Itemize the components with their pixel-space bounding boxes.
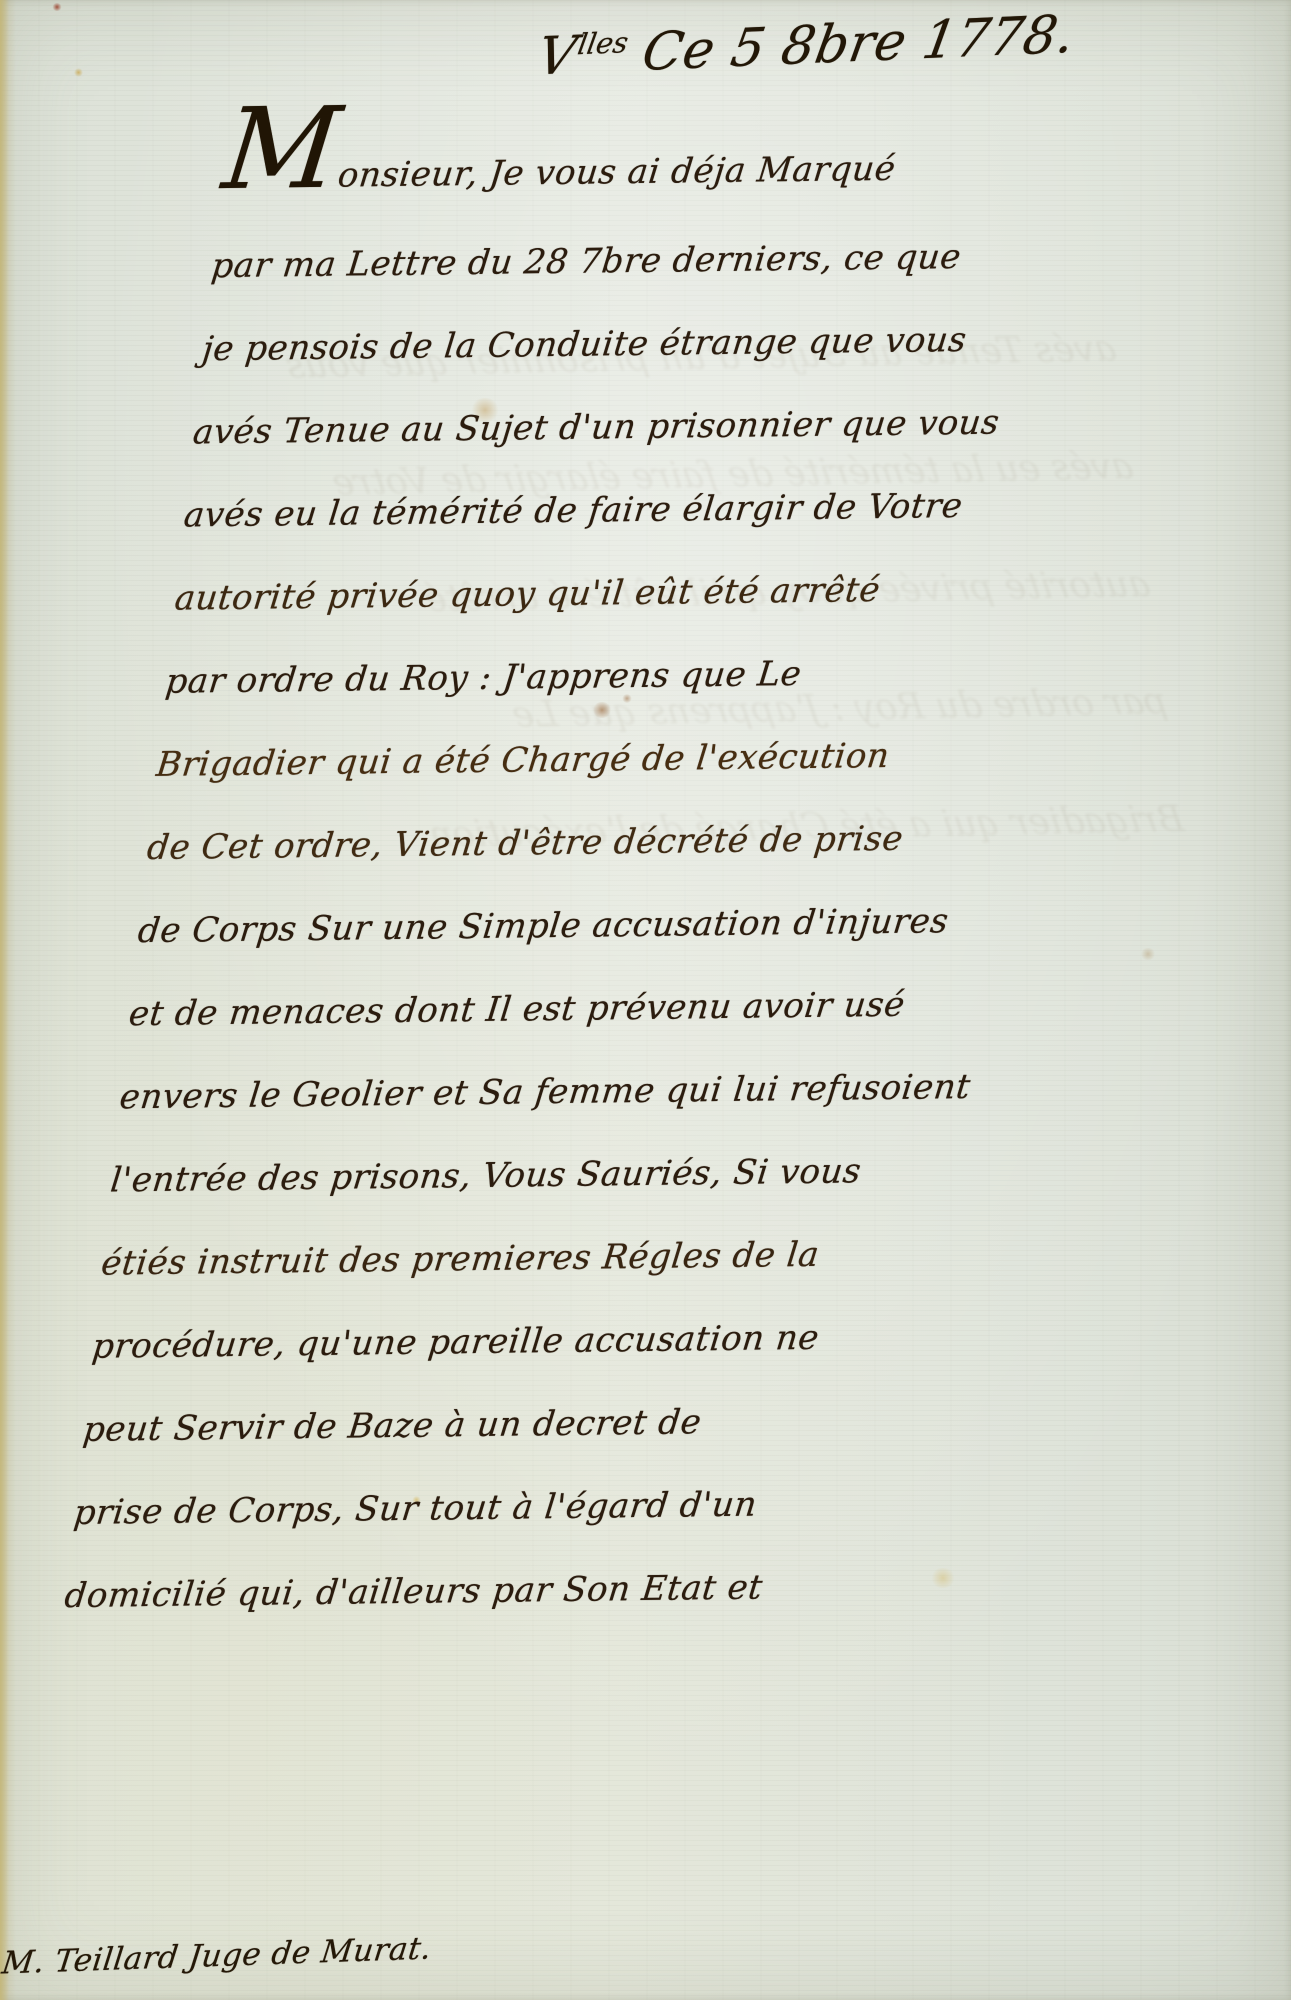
stain-spot	[52, 3, 62, 11]
body-line: Monsieur, Je vous ai déja Marqué	[217, 126, 1036, 219]
dateline-place-initial: V	[533, 25, 581, 87]
body-line: de Cet ordre, Vient d'être décrété de pr…	[143, 797, 962, 890]
stain-spot	[1140, 948, 1156, 960]
body-line: l'entrée des prisons, Vous Sauriés, Si v…	[106, 1130, 925, 1223]
body-line: par ma Lettre du 28 7bre derniers, ce qu…	[207, 215, 1026, 308]
body-line: Brigadier qui a été Chargé de l'exécutio…	[152, 714, 971, 807]
footer-annotation: M. Teillard Juge de Murat.	[0, 1930, 434, 1981]
body-line: et de menaces dont Il est prévenu avoir …	[124, 963, 943, 1056]
body-line: je pensois de la Conduite étrange que vo…	[198, 298, 1017, 391]
letter-page: avés Tenue au Sujet d'un prisonnier que …	[0, 0, 1291, 2000]
dateline: Vlles Ce 5 8bre 1778.	[533, 5, 1079, 88]
body-line: avés Tenue au Sujet d'un prisonnier que …	[189, 381, 1008, 474]
body-line: envers le Geolier et Sa femme qui lui re…	[115, 1046, 934, 1139]
stain-spot	[930, 1568, 956, 1588]
body-line: de Corps Sur une Simple accusation d'inj…	[134, 880, 953, 973]
dateline-place-superscript: lles	[575, 25, 631, 61]
body-line: prise de Corps, Sur tout à l'égard d'un	[69, 1462, 888, 1555]
body-line: étiés instruit des premieres Régles de l…	[97, 1213, 916, 1306]
body-line: par ordre du Roy : J'apprens que Le	[161, 631, 980, 724]
stain-spot	[74, 68, 83, 77]
page-left-edge	[0, 0, 9, 2000]
body-line: domicilié qui, d'ailleurs par Son Etat e…	[60, 1545, 879, 1638]
dateline-date: Ce 5 8bre 1778.	[621, 5, 1079, 84]
body-line: avés eu la témérité de faire élargir de …	[179, 465, 998, 558]
body-line: procédure, qu'une pareille accusation ne	[88, 1296, 907, 1389]
body-line: peut Servir de Baze à un decret de	[79, 1379, 898, 1472]
body-line: autorité privée quoy qu'il eût été arrêt…	[170, 548, 989, 641]
letter-body: Monsieur, Je vous ai déja Marqué par ma …	[60, 126, 1036, 1638]
